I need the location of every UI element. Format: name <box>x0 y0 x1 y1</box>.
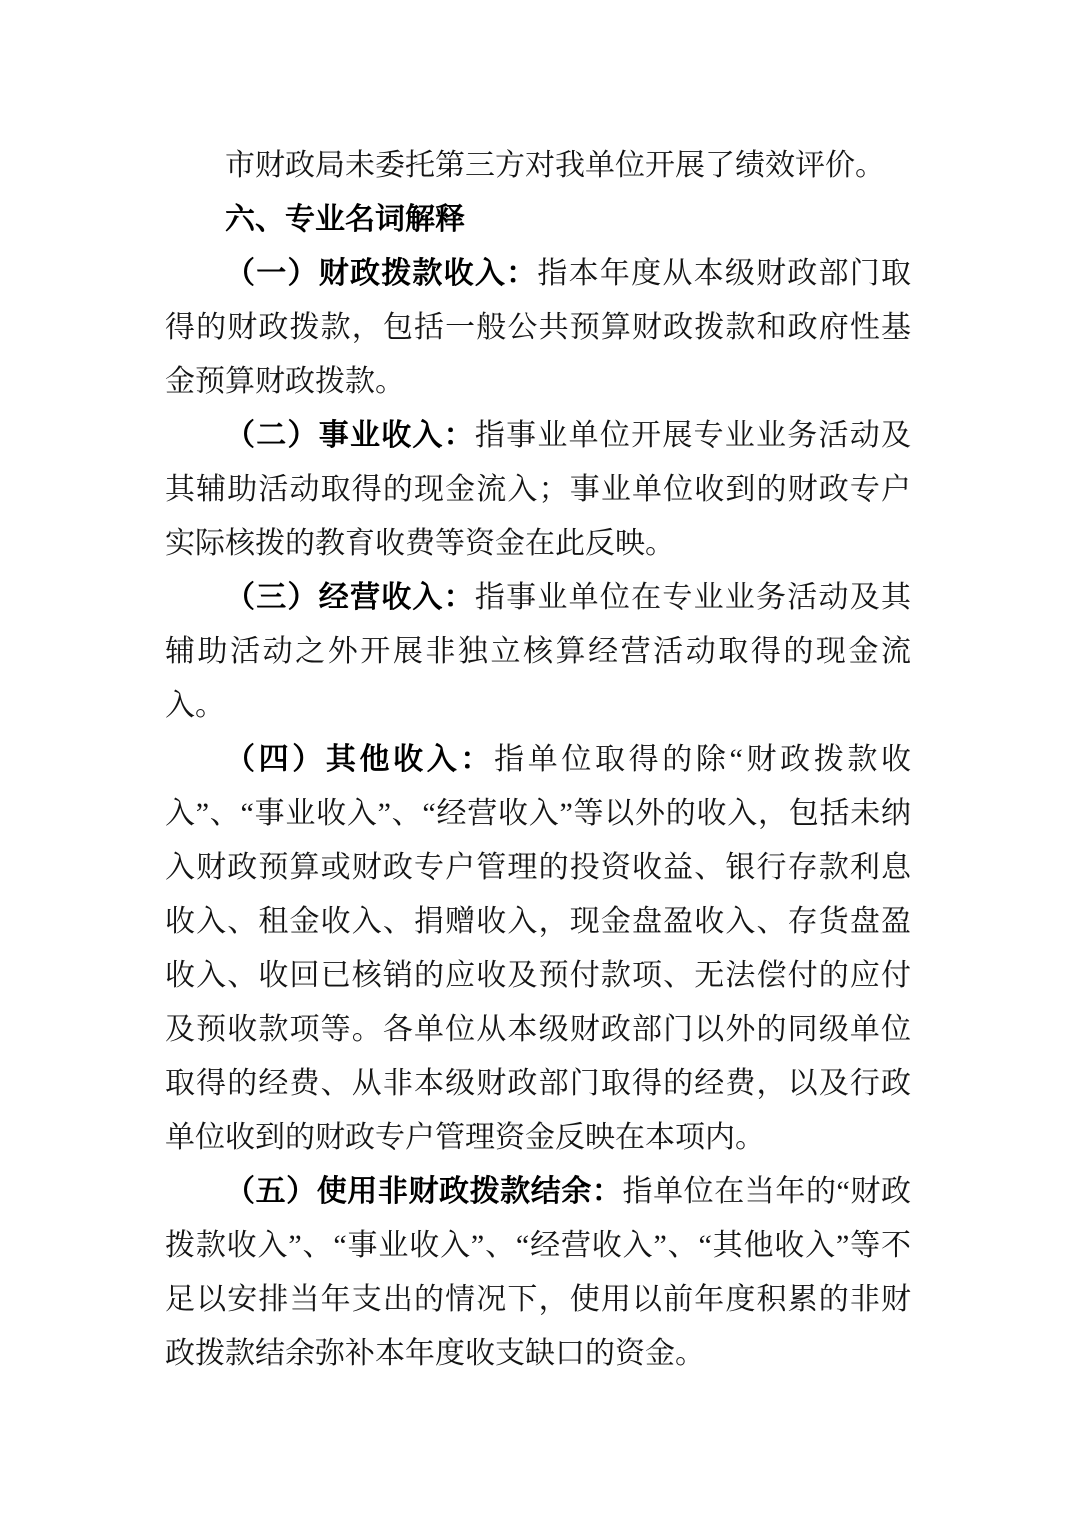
term-label-non-fiscal-balance-usage: （五）使用非财政拨款结余： <box>225 1175 623 1208</box>
term-label-other-income: （四）其他收入： <box>225 743 494 776</box>
term-paragraph-5: （五）使用非财政拨款结余：指单位在当年的“财政拨款收入”、“事业收入”、“经营收… <box>165 1165 911 1381</box>
term-definition-other-income: 指单位取得的除“财政拨款收入”、“事业收入”、“经营收入”等以外的收入，包括未纳… <box>165 743 911 1154</box>
section-heading: 六、专业名词解释 <box>165 193 911 247</box>
document-page: 市财政局未委托第三方对我单位开展了绩效评价。 六、专业名词解释 （一）财政拨款收… <box>0 0 1074 1520</box>
term-label-business-income: （三）经营收入： <box>225 581 475 614</box>
term-label-operating-income: （二）事业收入： <box>225 419 475 452</box>
term-paragraph-1: （一）财政拨款收入：指本年度从本级财政部门取得的财政拨款，包括一般公共预算财政拨… <box>165 247 911 409</box>
term-paragraph-3: （三）经营收入：指事业单位在专业业务活动及其辅助活动之外开展非独立核算经营活动取… <box>165 571 911 733</box>
term-paragraph-2: （二）事业收入：指事业单位开展专业业务活动及其辅助活动取得的现金流入；事业单位收… <box>165 409 911 571</box>
document-content: 市财政局未委托第三方对我单位开展了绩效评价。 六、专业名词解释 （一）财政拨款收… <box>165 139 911 1381</box>
term-paragraph-4: （四）其他收入：指单位取得的除“财政拨款收入”、“事业收入”、“经营收入”等以外… <box>165 733 911 1165</box>
intro-paragraph: 市财政局未委托第三方对我单位开展了绩效评价。 <box>165 139 911 193</box>
term-label-fiscal-appropriation-income: （一）财政拨款收入： <box>225 257 537 290</box>
